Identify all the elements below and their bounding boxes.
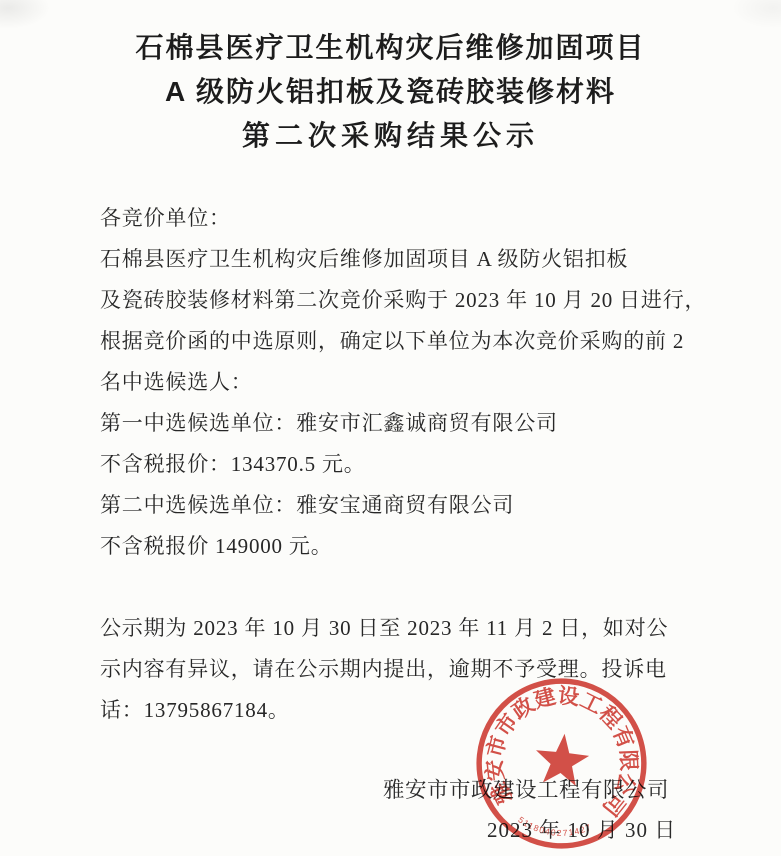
body-line: 名中选候选人： bbox=[100, 362, 682, 403]
body-line: 示内容有异议，请在公示期内提出，逾期不予受理。投诉电 bbox=[100, 649, 682, 690]
first-price-line: 不含税报价：134370.5 元。 bbox=[100, 444, 682, 485]
signature-company: 雅安市市政建设工程有限公司 bbox=[383, 773, 669, 804]
body-line: 及瓷砖胶装修材料第二次竞价采购于 2023 年 10 月 20 日进行， bbox=[100, 280, 682, 321]
complaint-phone-line: 话：13795867184。 bbox=[100, 690, 682, 731]
second-candidate-line: 第二中选候选单位：雅安宝通商贸有限公司 bbox=[100, 485, 682, 526]
title-line-3: 第二次采购结果公示 bbox=[0, 114, 781, 158]
body-line: 石棉县医疗卫生机构灾后维修加固项目 A 级防火铝扣板 bbox=[100, 239, 682, 280]
notice-period-line: 公示期为 2023 年 10 月 30 日至 2023 年 11 月 2 日，如… bbox=[100, 608, 682, 649]
second-price-line: 不含税报价 149000 元。 bbox=[100, 526, 682, 567]
document-body: 各竞价单位： 石棉县医疗卫生机构灾后维修加固项目 A 级防火铝扣板 及瓷砖胶装修… bbox=[100, 198, 682, 731]
first-candidate-line: 第一中选候选单位：雅安市汇鑫诚商贸有限公司 bbox=[100, 403, 682, 444]
signature-date: 2023 年 10 月 30 日 bbox=[487, 814, 676, 844]
document-title: 石棉县医疗卫生机构灾后维修加固项目 A 级防火铝扣板及瓷砖胶装修材料 第二次采购… bbox=[0, 0, 781, 158]
body-line: 根据竞价函的中选原则，确定以下单位为本次竞价采购的前 2 bbox=[100, 321, 682, 362]
title-line-1: 石棉县医疗卫生机构灾后维修加固项目 bbox=[0, 26, 781, 70]
document-page: 石棉县医疗卫生机构灾后维修加固项目 A 级防火铝扣板及瓷砖胶装修材料 第二次采购… bbox=[0, 0, 781, 856]
salutation-line: 各竞价单位： bbox=[100, 198, 682, 239]
title-line-2: A 级防火铝扣板及瓷砖胶装修材料 bbox=[0, 70, 781, 114]
